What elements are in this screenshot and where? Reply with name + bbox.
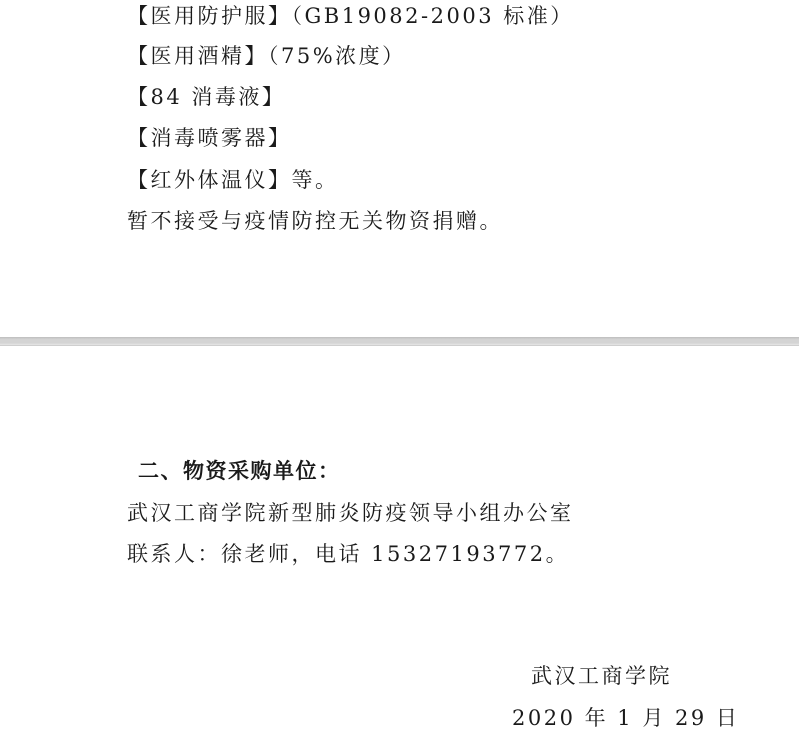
date: 2020 年 1 月 29 日 <box>512 705 739 731</box>
contact-info: 联系人：徐老师，电话 15327193772。 <box>127 541 569 567</box>
donation-note: 暂不接受与疫情防控无关物资捐赠。 <box>127 208 503 234</box>
item-medical-alcohol: 【医用酒精】（75%浓度） <box>127 43 406 69</box>
item-disinfectant-sprayer: 【消毒喷雾器】 <box>127 125 292 151</box>
item-infrared-thermometer: 【红外体温仪】等。 <box>127 167 339 193</box>
document-page-1: 【医用防护服】（GB19082-2003 标准） 【医用酒精】（75%浓度） 【… <box>0 0 799 337</box>
document-page-2: 二、物资采购单位： 武汉工商学院新型肺炎防疫领导小组办公室 联系人：徐老师，电话… <box>0 346 799 734</box>
item-protective-suit: 【医用防护服】（GB19082-2003 标准） <box>127 3 574 29</box>
signature: 武汉工商学院 <box>531 663 672 689</box>
section-heading: 二、物资采购单位： <box>138 458 341 484</box>
procurement-unit: 武汉工商学院新型肺炎防疫领导小组办公室 <box>127 500 574 526</box>
item-84-disinfectant: 【84 消毒液】 <box>127 84 285 110</box>
page-separator <box>0 337 799 346</box>
